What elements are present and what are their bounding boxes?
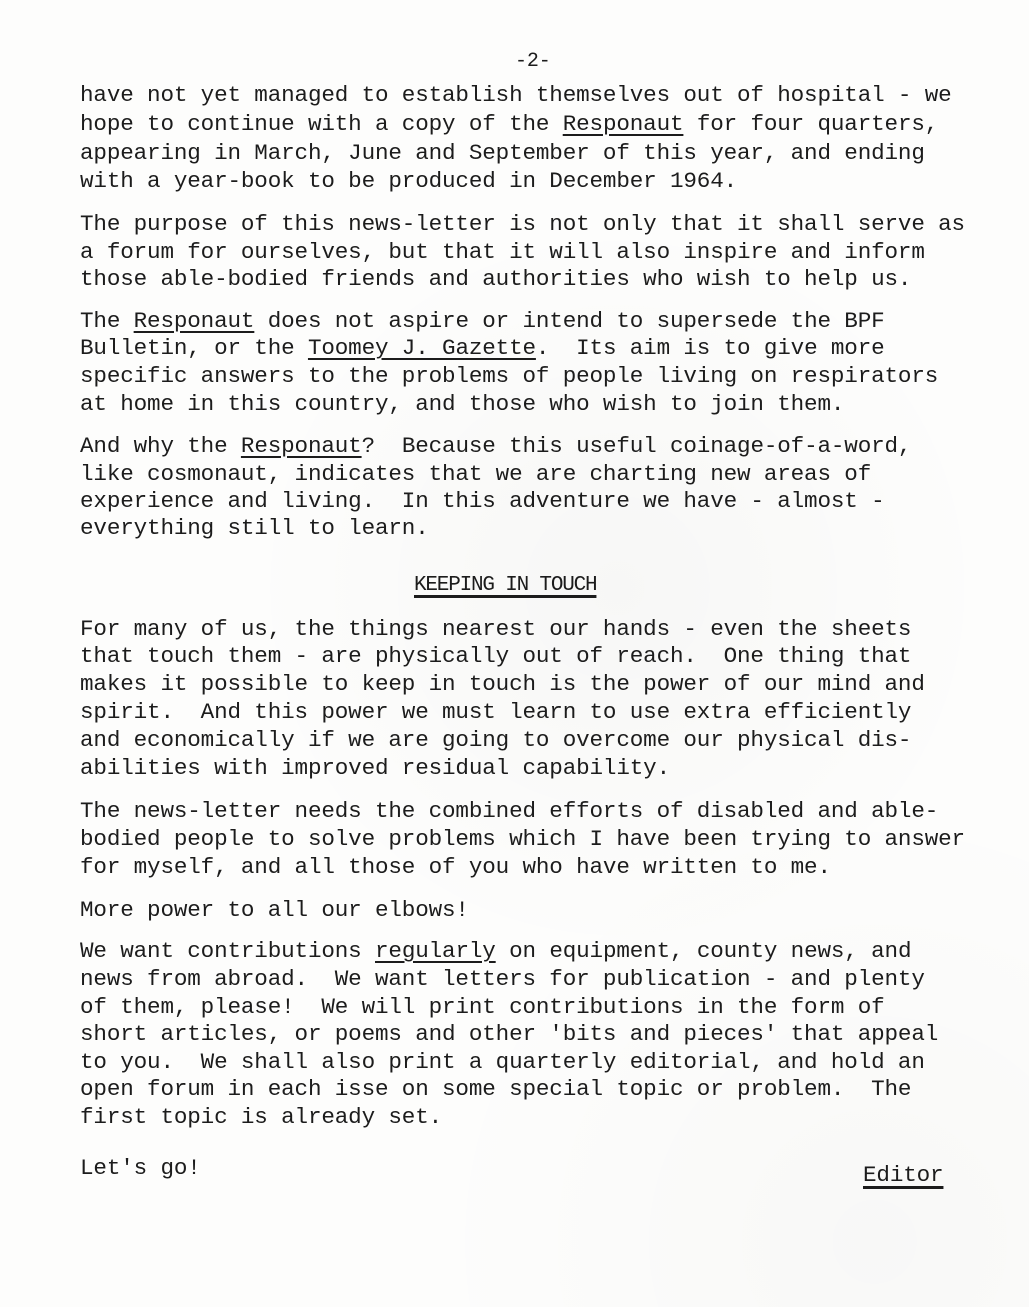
publication-title-responaut: Responaut (563, 111, 684, 137)
section-heading: KEEPING IN TOUCH (414, 574, 596, 597)
paragraph-8-line-7: first topic is already set. (80, 1106, 442, 1129)
paragraph-3-line-2: Bulletin, or the Toomey J. Gazette. Its … (80, 337, 885, 360)
paragraph-6-line-2: bodied people to solve problems which I … (80, 828, 965, 851)
closing-line: Let's go! (80, 1157, 201, 1180)
paragraph-4-line-3: experience and living. In this adventure… (80, 490, 885, 513)
paragraph-2-line-2: a forum for ourselves, but that it will … (80, 241, 925, 264)
paragraph-6-line-1: The news-letter needs the combined effor… (80, 800, 938, 823)
paragraph-4-line-4: everything still to learn. (80, 517, 429, 540)
paragraph-1-line-3: appearing in March, June and September o… (80, 142, 925, 165)
paragraph-2-line-1: The purpose of this news-letter is not o… (80, 213, 965, 236)
paragraph-3-line-4: at home in this country, and those who w… (80, 393, 844, 416)
paragraph-5-line-5: and economically if we are going to over… (80, 729, 911, 752)
paragraph-5-line-1: For many of us, the things nearest our h… (80, 618, 911, 641)
page-number: -2- (515, 50, 551, 73)
text: Bulletin, or the (80, 335, 308, 361)
paragraph-5-line-3: makes it possible to keep in touch is th… (80, 673, 925, 696)
paragraph-3-line-3: specific answers to the problems of peop… (80, 365, 938, 388)
paragraph-2-line-3: those able-bodied friends and authoritie… (80, 268, 911, 291)
text: does not aspire or intend to supersede t… (254, 308, 884, 334)
paragraph-1-line-4: with a year-book to be produced in Decem… (80, 170, 737, 193)
paragraph-8-line-4: short articles, or poems and other 'bits… (80, 1023, 938, 1046)
paragraph-8-line-1: We want contributions regularly on equip… (80, 940, 911, 963)
publication-title-responaut: Responaut (241, 433, 362, 459)
paragraph-1-line-2: hope to continue with a copy of the Resp… (80, 113, 938, 136)
paragraph-8-line-2: news from abroad. We want letters for pu… (80, 968, 925, 991)
text: . Its aim is to give more (536, 335, 885, 361)
text: on equipment, county news, and (496, 938, 912, 964)
document-page: -2- have not yet managed to establish th… (0, 0, 1029, 1307)
text: hope to continue with a copy of the (80, 111, 563, 137)
paragraph-3-line-1: The Responaut does not aspire or intend … (80, 310, 885, 333)
text: We want contributions (80, 938, 375, 964)
paragraph-5-line-6: abilities with improved residual capabil… (80, 757, 670, 780)
paragraph-6-line-3: for myself, and all those of you who hav… (80, 856, 831, 879)
paragraph-4-line-1: And why the Responaut? Because this usef… (80, 435, 911, 458)
emphasis-regularly: regularly (375, 938, 496, 964)
paragraph-7-line-1: More power to all our elbows! (80, 899, 469, 922)
text: The (80, 308, 134, 334)
paragraph-5-line-2: that touch them - are physically out of … (80, 645, 911, 668)
paragraph-8-line-3: of them, please! We will print contribut… (80, 996, 885, 1019)
paragraph-1-line-1: have not yet managed to establish themse… (80, 84, 952, 107)
signature-editor: Editor (863, 1162, 943, 1188)
paragraph-8-line-6: open forum in each isse on some special … (80, 1078, 911, 1101)
paragraph-8-line-5: to you. We shall also print a quarterly … (80, 1051, 925, 1074)
text: And why the (80, 433, 241, 459)
publication-title-gazette: Toomey J. Gazette (308, 335, 536, 361)
paragraph-4-line-2: like cosmonaut, indicates that we are ch… (80, 463, 871, 486)
paragraph-5-line-4: spirit. And this power we must learn to … (80, 701, 911, 724)
text: for four quarters, (683, 111, 938, 137)
publication-title-responaut: Responaut (134, 308, 255, 334)
text: ? Because this useful coinage-of-a-word, (362, 433, 912, 459)
